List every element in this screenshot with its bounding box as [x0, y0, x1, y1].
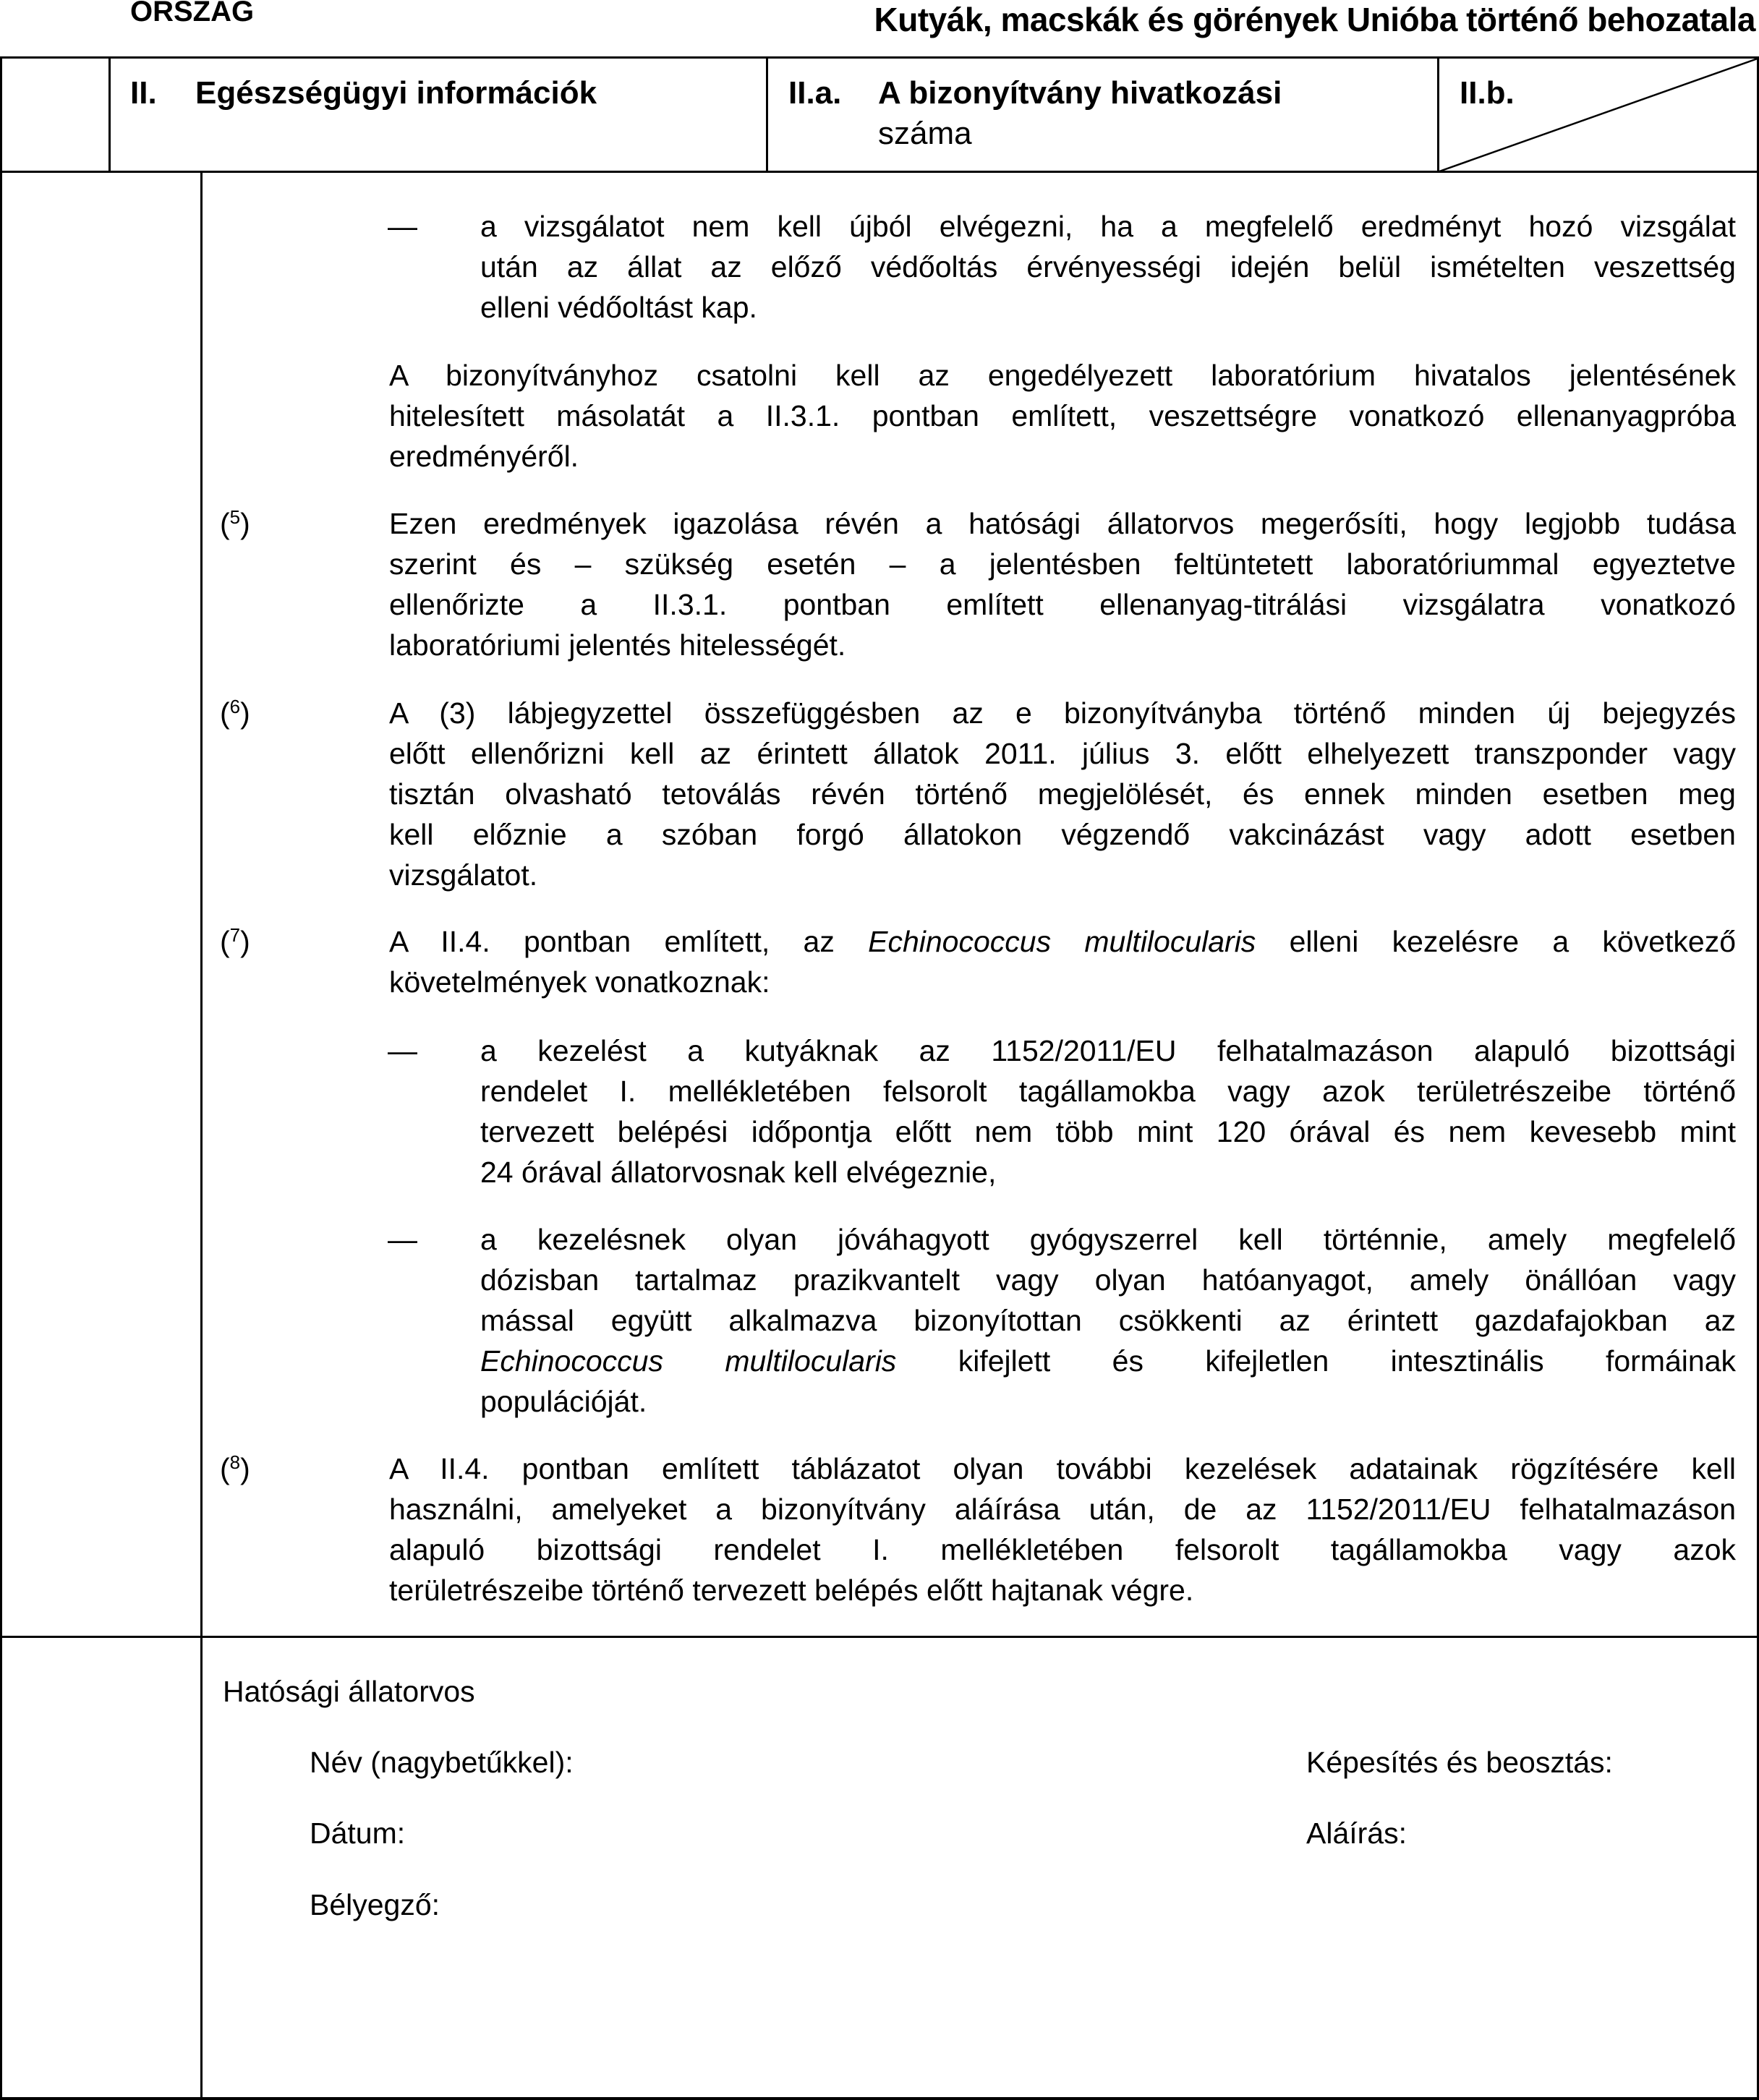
ref-title: A bizonyítvány hivatkozási — [878, 75, 1282, 111]
text-line: előtt ellenőrizni kell az érintett állat… — [389, 733, 1736, 774]
text-line: A (3) lábjegyzettel összefüggésben az e … — [389, 693, 1736, 733]
footnote-7-text: A II.4. pontban említett, az Echinococcu… — [389, 921, 1736, 1002]
country-label: ORSZÁG — [130, 0, 254, 28]
text-line: a kezelésnek olyan jóváhagyott gyógyszer… — [480, 1219, 1736, 1260]
signature-field-label: Aláírás: — [1306, 1817, 1407, 1851]
footnote-6-label: (6) — [220, 693, 250, 733]
bullet-dash: — — [388, 1219, 417, 1260]
table-left-border — [0, 56, 2, 2100]
text-line: populációját. — [480, 1381, 1736, 1422]
footnote-5-label: (5) — [220, 503, 250, 544]
footnote-7-label: (7) — [220, 921, 250, 962]
name-field-label: Név (nagybetűkkel): — [310, 1746, 574, 1780]
text-line: 24 órával állatorvosnak kell elvégeznie, — [480, 1152, 1736, 1192]
footnote-8-text: A II.4. pontban említett táblázatot olya… — [389, 1448, 1736, 1610]
footnote-5-text: Ezen eredmények igazolása révén a hatósá… — [389, 503, 1736, 665]
text-line: laboratóriumi jelentés hitelességét. — [389, 625, 1736, 665]
text-line: szerint és – szükség esetén – a jelentés… — [389, 544, 1736, 584]
ref-number-label: II.a. — [788, 75, 841, 111]
bullet-treatment-timing: a kezelést a kutyáknak az 1152/2011/EU f… — [480, 1030, 1736, 1192]
text-line: A II.4. pontban említett, az Echinococcu… — [389, 921, 1736, 962]
text-line: ellenőrizte a II.3.1. pontban említett e… — [389, 584, 1736, 625]
document-title: Kutyák, macskák és görények Unióba törté… — [874, 0, 1755, 39]
date-field-label: Dátum: — [310, 1817, 405, 1851]
qualification-field-label: Képesítés és beosztás: — [1306, 1746, 1613, 1780]
stamp-field-label: Bélyegző: — [310, 1888, 440, 1922]
section-title: Egészségügyi információk — [195, 75, 597, 111]
bullet-dash: — — [388, 206, 417, 247]
text-line: után az állat az előző védőoltás érvénye… — [480, 247, 1736, 287]
bullet-treatment-medication: a kezelésnek olyan jóváhagyott gyógyszer… — [480, 1219, 1736, 1422]
text-line: rendelet I. mellékletében felsorolt tagá… — [480, 1071, 1736, 1111]
text-line: A bizonyítványhoz csatolni kell az enged… — [389, 355, 1736, 396]
strike-through-diagonal-icon — [1438, 57, 1759, 173]
text-line: vizsgálatot. — [389, 855, 1736, 895]
text-line: mással együtt alkalmazva bizonyítottan c… — [480, 1300, 1736, 1341]
official-vet-heading: Hatósági állatorvos — [223, 1675, 475, 1709]
text-line: tisztán olvasható tetoválás révén történ… — [389, 774, 1736, 814]
footnote-8-label: (8) — [220, 1448, 250, 1489]
section-divider — [0, 1636, 1759, 1638]
text-line: Ezen eredmények igazolása révén a hatósá… — [389, 503, 1736, 544]
ref-title-continued: száma — [878, 116, 972, 152]
paragraph-attach-report: A bizonyítványhoz csatolni kell az enged… — [389, 355, 1736, 477]
bullet-dash: — — [388, 1030, 417, 1071]
text-line: alapuló bizottsági rendelet I. melléklet… — [389, 1529, 1736, 1570]
text-line: kell előznie a szóban forgó állatokon vé… — [389, 814, 1736, 855]
header-col-divider-2 — [766, 56, 768, 172]
header-col-divider-1 — [108, 56, 111, 172]
body-col-divider — [200, 171, 203, 2100]
text-line: a kezelést a kutyáknak az 1152/2011/EU f… — [480, 1030, 1736, 1071]
sub-label: II.b. — [1460, 75, 1515, 111]
footnote-6-text: A (3) lábjegyzettel összefüggésben az e … — [389, 693, 1736, 895]
text-line: használni, amelyeket a bizonyítvány aláí… — [389, 1489, 1736, 1529]
text-line: hitelesített másolatát a II.3.1. pontban… — [389, 396, 1736, 436]
text-line: területrészeibe történő tervezett belépé… — [389, 1570, 1736, 1610]
text-line: követelmények vonatkoznak: — [389, 962, 1736, 1002]
text-line: A II.4. pontban említett táblázatot olya… — [389, 1448, 1736, 1489]
text-line: elleni védőoltást kap. — [480, 287, 1736, 328]
bullet-rabies-retest: a vizsgálatot nem kell újból elvégezni, … — [480, 206, 1736, 328]
section-number: II. — [130, 75, 157, 111]
text-line: eredményéről. — [389, 436, 1736, 477]
text-line: Echinococcus multilocularis kifejlett és… — [480, 1341, 1736, 1381]
text-line: dózisban tartalmaz prazikvantelt vagy ol… — [480, 1260, 1736, 1300]
text-line: a vizsgálatot nem kell újból elvégezni, … — [480, 206, 1736, 247]
table-bottom-border — [0, 2097, 1759, 2100]
text-line: tervezett belépési időpontja előtt nem t… — [480, 1111, 1736, 1152]
